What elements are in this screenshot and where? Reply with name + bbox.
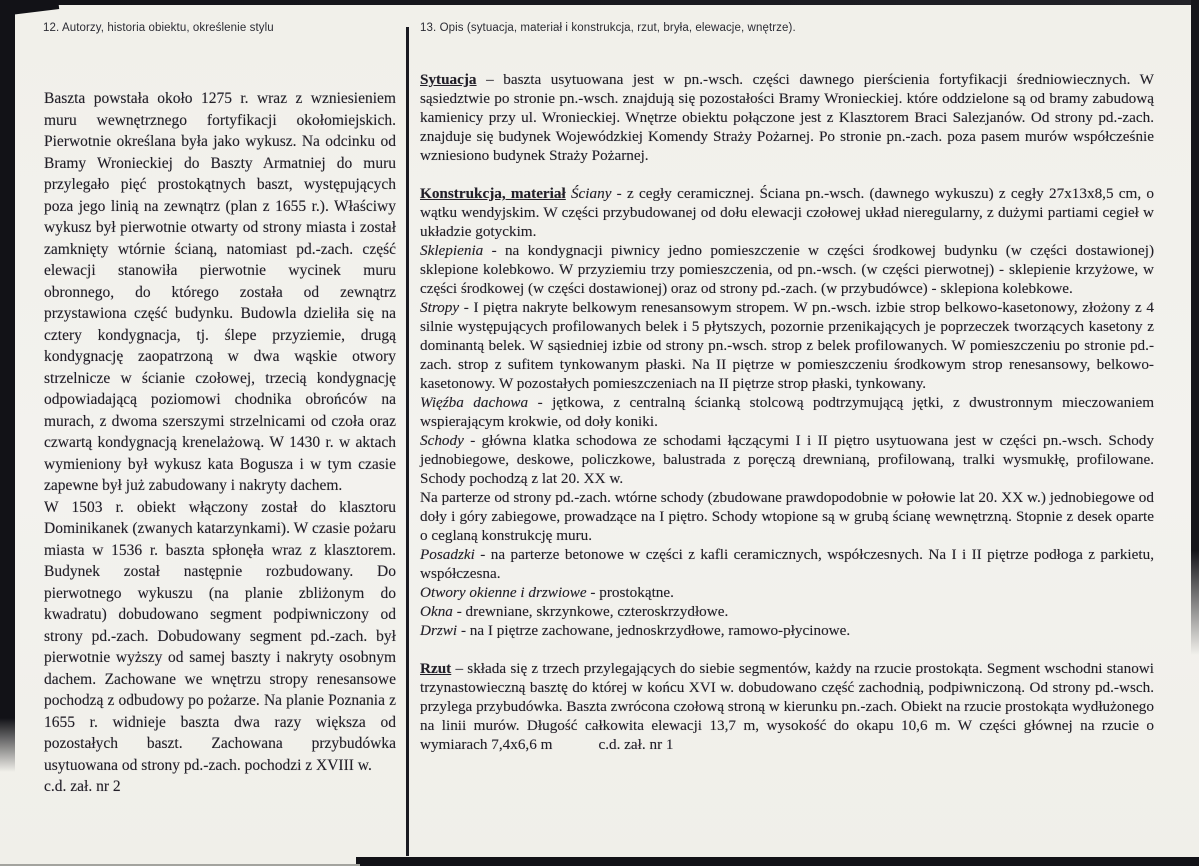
page-divider-line: [406, 27, 409, 856]
section-lead-italic: Stropy: [420, 299, 459, 316]
scan-edge-top: [0, 0, 1199, 5]
section-lead-italic: Posadzki: [420, 546, 475, 563]
section-text: - prostokątne.: [587, 584, 674, 601]
section-heading: Konstrukcja, materiał: [420, 185, 566, 202]
section-heading: Rzut: [420, 660, 451, 677]
section-paragraph: Na parterze od strony pd.-zach. wtórne s…: [420, 488, 1154, 545]
section-paragraph: Sytuacja – baszta usytuowana jest w pn.-…: [420, 70, 1154, 165]
section-tail-note: c.d. zał. nr 1: [552, 736, 673, 753]
section-lead-italic: Ściany: [571, 185, 611, 202]
section-text: Na parterze od strony pd.-zach. wtórne s…: [420, 489, 1154, 544]
section-text: – składa się z trzech przylegających do …: [420, 660, 1154, 753]
section-paragraph: Sklepienia - na kondygnacji piwnicy jedn…: [420, 241, 1154, 298]
section-text: - jętkowa, z centralną ścianką stolcową …: [420, 394, 1154, 430]
section-paragraph: Schody - główna klatka schodowa ze schod…: [420, 431, 1154, 488]
section-text: - główna klatka schodowa ze schodami łąc…: [420, 432, 1154, 487]
section-text: - na kondygnacji piwnicy jedno pomieszcz…: [420, 242, 1154, 297]
section-paragraph: Okna - drewniane, skrzynkowe, czteroskrz…: [420, 602, 1154, 621]
section-lead-italic: Okna: [420, 603, 453, 620]
section-paragraph: Drzwi - na I piętrze zachowane, jednoskr…: [420, 621, 1154, 640]
section-text: - drewniane, skrzynkowe, czteroskrzydłow…: [453, 603, 728, 620]
section-lead-italic: Schody: [420, 432, 464, 449]
section-text: - I piętra nakryte belkowym renesansowym…: [420, 299, 1154, 392]
section-paragraph: Otwory okienne i drzwiowe - prostokątne.: [420, 583, 1154, 602]
scan-edge-right: [1191, 0, 1199, 655]
left-page-header: 12. Autorzy, historia obiektu, określeni…: [43, 22, 274, 34]
right-page-body: Sytuacja – baszta usytuowana jest w pn.-…: [420, 70, 1154, 754]
body-paragraph: W 1503 r. obiekt włączony został do klas…: [44, 497, 396, 777]
section-paragraph: Rzut – składa się z trzech przylegającyc…: [420, 659, 1154, 754]
section-text: – baszta usytuowana jest w pn.-wsch. czę…: [420, 71, 1154, 164]
section-text: - na I piętrze zachowane, jednoskrzydłow…: [457, 622, 850, 639]
section-paragraph: Stropy - I piętra nakryte belkowym renes…: [420, 298, 1154, 393]
section-lead-italic: Drzwi: [420, 622, 457, 639]
section-lead-italic: Więźba dachowa: [420, 394, 528, 411]
section-lead-italic: Otwory okienne i drzwiowe: [420, 584, 587, 601]
left-page-body: Baszta powstała około 1275 r. wraz z wzn…: [44, 88, 396, 798]
body-paragraph: c.d. zał. nr 2: [44, 776, 396, 798]
scan-edge-bottom: [356, 857, 1199, 866]
section-paragraph: Posadzki - na parterze betonowe w części…: [420, 545, 1154, 583]
right-page-header: 13. Opis (sytuacja, materiał i konstrukc…: [420, 22, 796, 34]
body-paragraph: Baszta powstała około 1275 r. wraz z wzn…: [44, 88, 396, 497]
section-heading: Sytuacja: [420, 71, 477, 88]
section-paragraph: Więźba dachowa - jętkowa, z centralną śc…: [420, 393, 1154, 431]
scan-edge-left: [0, 0, 15, 772]
section-text: - na parterze betonowe w części z kafli …: [420, 546, 1154, 582]
section-lead-italic: Sklepienia: [420, 242, 483, 259]
scanned-document: 12. Autorzy, historia obiektu, określeni…: [0, 0, 1199, 866]
section-paragraph: Konstrukcja, materiał Ściany - z cegły c…: [420, 184, 1154, 241]
